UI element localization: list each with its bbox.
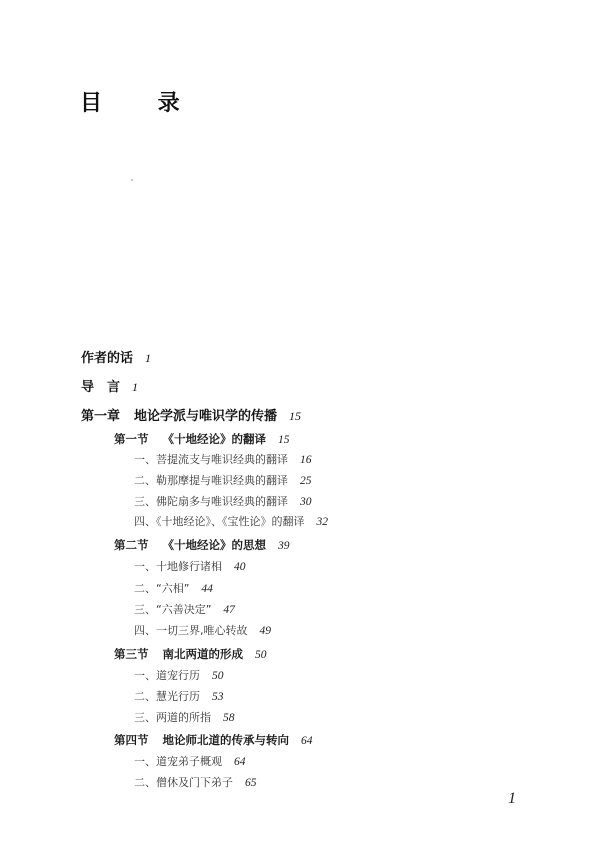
- toc-page: 25: [300, 475, 312, 487]
- item-title: 三、佛陀扇多与唯识经典的翻译: [134, 495, 288, 508]
- toc-page: 1: [132, 380, 138, 394]
- item-title: 二、慧光行历: [134, 690, 200, 703]
- item-title: 一、菩提流支与唯识经典的翻译: [134, 453, 288, 466]
- item-title: 三、两道的所指: [134, 711, 211, 724]
- toc-page: 49: [260, 625, 272, 637]
- toc-entry-introduction[interactable]: 导 言1: [81, 379, 138, 396]
- toc-section[interactable]: 第二节《十地经论》的思想39: [114, 537, 290, 554]
- item-title: 二、僧休及门下弟子: [134, 776, 233, 789]
- item-title: 二、“六相”: [134, 582, 189, 595]
- item-title: 四、一切三界,唯心转故: [134, 624, 248, 637]
- toc-item[interactable]: 四、一切三界,唯心转故49: [134, 623, 271, 639]
- section-label: 第二节: [114, 538, 149, 552]
- toc-page: 50: [212, 670, 224, 682]
- item-title: 三、“六善决定”: [134, 603, 211, 616]
- toc-page: 30: [300, 496, 312, 508]
- section-label: 第三节: [114, 647, 149, 661]
- toc-label: 作者的话: [81, 351, 133, 366]
- section-title: 《十地经论》的思想: [163, 538, 267, 552]
- section-title: 南北两道的形成: [163, 647, 244, 661]
- toc-section[interactable]: 第四节地论师北道的传承与转向64: [114, 732, 313, 749]
- item-title: 一、道宠弟子概观: [134, 755, 222, 768]
- toc-page: 40: [234, 561, 246, 573]
- toc-page: 15: [289, 409, 301, 423]
- toc-item[interactable]: 一、菩提流支与唯识经典的翻译16: [134, 452, 312, 468]
- toc-page: 47: [223, 604, 235, 616]
- toc-page: 32: [317, 516, 329, 528]
- page-title: 目 录: [80, 86, 204, 117]
- toc-page: 50: [255, 649, 267, 661]
- toc-page: 15: [278, 434, 290, 446]
- toc-item[interactable]: 三、两道的所指58: [134, 710, 235, 726]
- item-title: 一、十地修行诸相: [134, 560, 222, 573]
- toc-page: 64: [234, 756, 246, 768]
- toc-item[interactable]: 四、《十地经论》、《宝性论》的翻译32: [134, 514, 328, 530]
- item-title: 四、《十地经论》、《宝性论》的翻译: [134, 515, 305, 528]
- toc-page: 1: [145, 351, 151, 365]
- toc-item[interactable]: 二、“六相”44: [134, 581, 213, 597]
- page-number: 1: [508, 790, 516, 808]
- toc-item[interactable]: 三、“六善决定”47: [134, 602, 235, 618]
- toc-item[interactable]: 二、勒那摩提与唯识经典的翻译25: [134, 473, 312, 489]
- toc-entry-authors-note[interactable]: 作者的话1: [81, 350, 151, 367]
- toc-item[interactable]: 三、佛陀扇多与唯识经典的翻译30: [134, 494, 312, 510]
- toc-item[interactable]: 一、道宠弟子概观64: [134, 754, 246, 770]
- section-title: 地论师北道的传承与转向: [163, 733, 290, 747]
- toc-chapter-1[interactable]: 第一章地论学派与唯识学的传播15: [81, 408, 301, 425]
- toc-page: 44: [201, 583, 213, 595]
- section-title: 《十地经论》的翻译: [163, 432, 267, 446]
- toc-section[interactable]: 第一节《十地经论》的翻译15: [114, 431, 290, 448]
- toc-item[interactable]: 一、道宠行历50: [134, 668, 224, 684]
- toc-item[interactable]: 二、慧光行历53: [134, 689, 224, 705]
- section-label: 第四节: [114, 733, 149, 747]
- toc-page: 64: [301, 735, 313, 747]
- toc-page: 39: [278, 540, 290, 552]
- scan-speck: [131, 179, 133, 181]
- toc-section[interactable]: 第三节南北两道的形成50: [114, 646, 267, 663]
- toc-page: 58: [223, 712, 235, 724]
- item-title: 一、道宠行历: [134, 669, 200, 682]
- chapter-label: 第一章: [81, 409, 120, 424]
- toc-page: 16: [300, 454, 312, 466]
- toc-item[interactable]: 一、十地修行诸相40: [134, 559, 246, 575]
- section-label: 第一节: [114, 432, 149, 446]
- toc-label: 导 言: [81, 380, 120, 395]
- toc-item[interactable]: 二、僧休及门下弟子65: [134, 775, 257, 791]
- toc-page: 53: [212, 691, 224, 703]
- toc-page: 65: [245, 777, 257, 789]
- item-title: 二、勒那摩提与唯识经典的翻译: [134, 474, 288, 487]
- chapter-title: 地论学派与唯识学的传播: [134, 409, 277, 424]
